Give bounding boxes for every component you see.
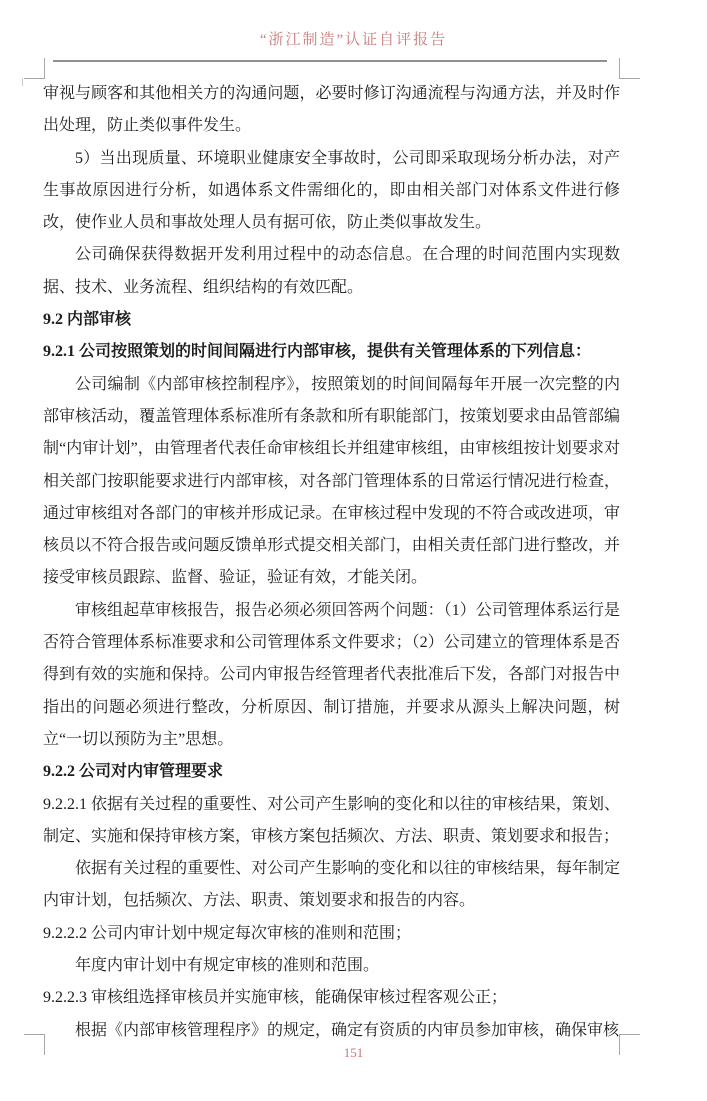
text-boundary-mark-top-left (24, 58, 45, 79)
report-header-title: “浙江制造”认证自评报告 (0, 28, 707, 49)
paragraph: 公司编制《内部审核控制程序》，按照策划的时间间隔每年开展一次完整的内部审核活动，… (43, 369, 620, 595)
header-rule-line (53, 60, 607, 62)
text-boundary-mark-top-right (619, 58, 640, 79)
section-heading-9-2: 9.2 内部审核 (43, 304, 620, 336)
paragraph-9-2-2-2: 9.2.2.2 公司内审计划中规定每次审核的准则和范围； (43, 918, 620, 950)
document-text-area[interactable]: 审视与顾客和其他相关方的沟通问题，必要时修订沟通流程与沟通方法，并及时作出处理，… (43, 78, 620, 1047)
section-heading-9-2-2: 9.2.2 公司对内审管理要求 (43, 756, 620, 788)
margin-edge-tick (22, 78, 23, 86)
paragraph-9-2-2-3: 9.2.2.3 审核组选择审核员并实施审核，能确保审核过程客观公正； (43, 982, 620, 1014)
paragraph-9-2-2-1: 9.2.2.1 依据有关过程的重要性、对公司产生影响的变化和以往的审核结果，策划… (43, 789, 620, 854)
document-page: “浙江制造”认证自评报告 审视与顾客和其他相关方的沟通问题，必要时修订沟通流程与… (0, 0, 707, 1101)
paragraph: 审核组起草审核报告，报告必须必须回答两个问题：（1）公司管理体系运行是否符合管理… (43, 595, 620, 756)
page-number: 151 (0, 1045, 707, 1061)
paragraph: 依据有关过程的重要性、对公司产生影响的变化和以往的审核结果，每年制定内审计划，包… (43, 853, 620, 918)
paragraph: 根据《内部审核管理程序》的规定，确定有资质的内审员参加审核，确保审核 (43, 1015, 620, 1047)
paragraph: 年度内审计划中有规定审核的准则和范围。 (43, 950, 620, 982)
paragraph: 审视与顾客和其他相关方的沟通问题，必要时修订沟通流程与沟通方法，并及时作出处理，… (43, 78, 620, 143)
paragraph: 5）当出现质量、环境职业健康安全事故时，公司即采取现场分析办法，对产生事故原因进… (43, 143, 620, 240)
paragraph: 公司确保获得数据开发利用过程中的动态信息。在合理的时间范围内实现数据、技术、业务… (43, 239, 620, 304)
section-heading-9-2-1: 9.2.1 公司按照策划的时间间隔进行内部审核，提供有关管理体系的下列信息： (43, 336, 620, 368)
